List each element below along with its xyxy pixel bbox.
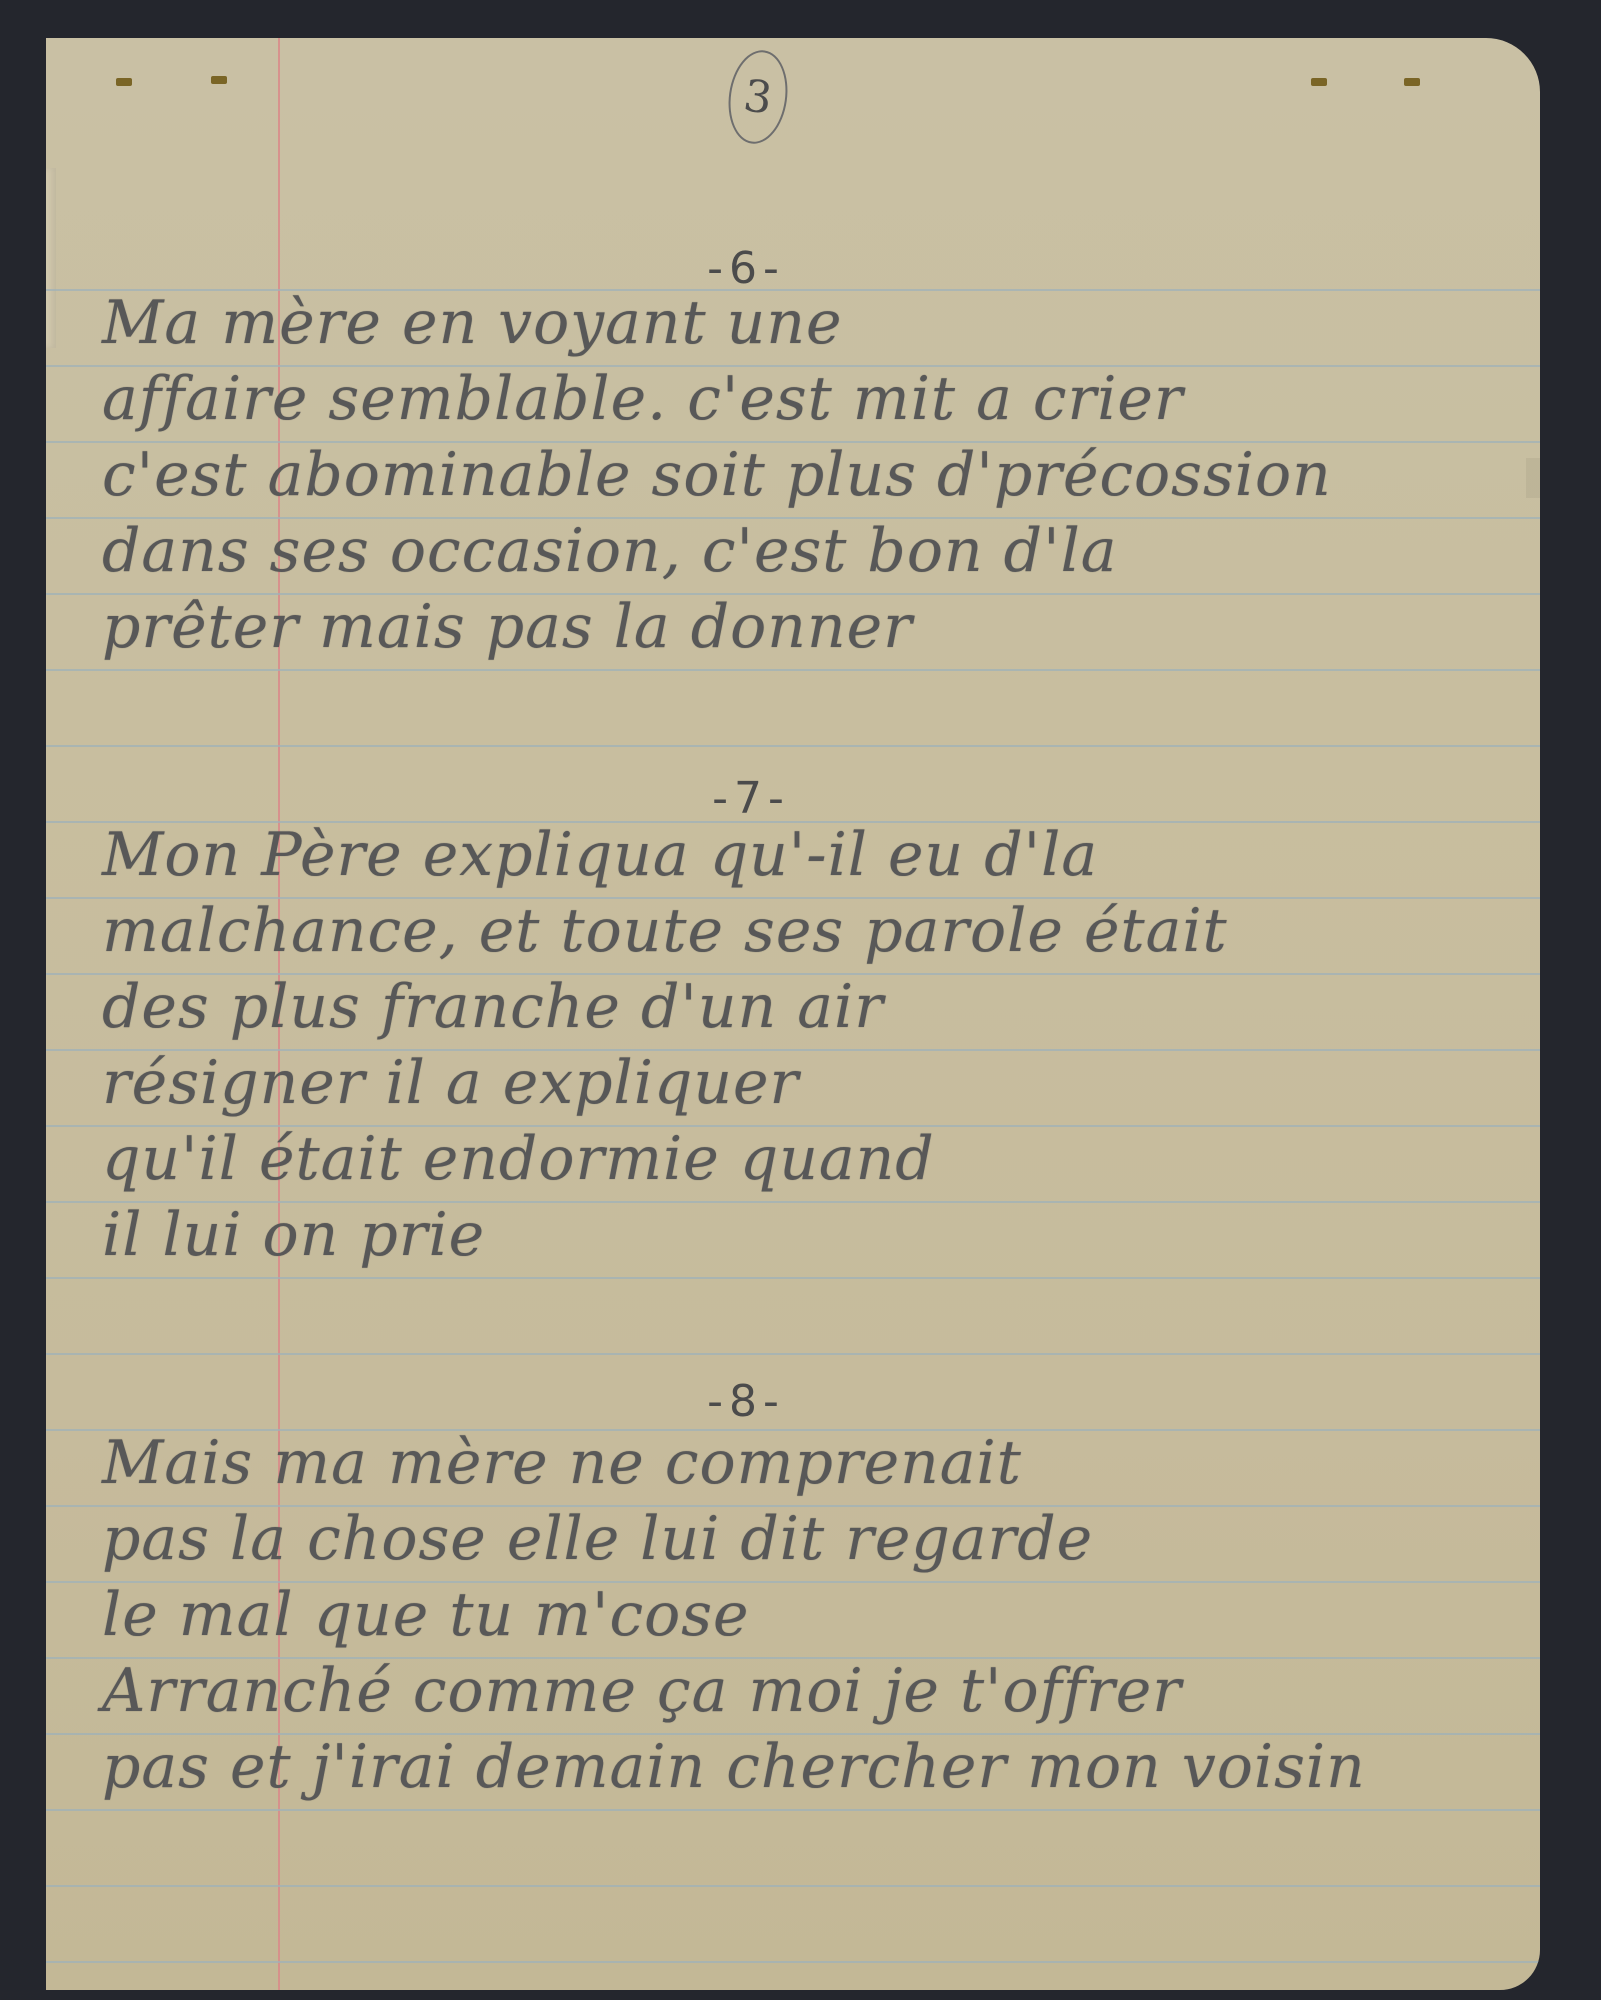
handwritten-line: c'est abominable soit plus d'précossion [102,440,1332,510]
binding-hole [1311,78,1327,86]
binding-hole [211,76,227,84]
handwritten-line: dans ses occasion, c'est bon d'la [102,516,1118,586]
rule-line [46,1961,1540,1963]
rule-line [46,745,1540,747]
handwritten-line: il lui on prie [102,1200,485,1270]
handwritten-line: affaire semblable. c'est mit a crier [102,364,1184,434]
handwritten-line: Arranché comme ça moi je t'offrer [102,1656,1182,1726]
rule-line [46,1809,1540,1811]
handwritten-line: des plus franche d'un air [102,972,884,1042]
handwritten-line: malchance, et toute ses parole était [102,896,1228,966]
handwritten-line: Mais ma mère ne comprenait [102,1428,1022,1498]
handwritten-line: Mon Père expliqua qu'-il eu d'la [102,820,1098,890]
handwritten-line: le mal que tu m'cose [102,1580,750,1650]
rule-line [46,1353,1540,1355]
handwritten-line: prêter mais pas la donner [102,592,913,662]
fold-crease [1526,458,1540,498]
rule-line [46,1885,1540,1887]
handwritten-line: qu'il était endormie quand [102,1124,935,1194]
rule-line [46,669,1540,671]
handwritten-line: résigner il a expliquer [102,1048,799,1118]
handwritten-line: Ma mère en voyant une [102,288,842,358]
torn-edge [46,168,56,348]
binding-hole [1404,78,1420,86]
notebook-page: 3 -6- Ma mère en voyant une affaire semb… [46,38,1540,1990]
rule-line [46,1277,1540,1279]
section-marker-6: -6- [707,243,785,294]
circled-page-number: 3 [723,46,794,147]
section-marker-7: -7- [712,773,790,824]
scanned-document: 3 -6- Ma mère en voyant une affaire semb… [0,0,1601,2000]
handwritten-line: pas et j'irai demain chercher mon voisin [102,1732,1366,1802]
section-marker-8: -8- [707,1376,785,1427]
page-number-text: 3 [741,70,776,124]
binding-hole [116,78,132,86]
handwritten-line: pas la chose elle lui dit regarde [102,1504,1093,1574]
